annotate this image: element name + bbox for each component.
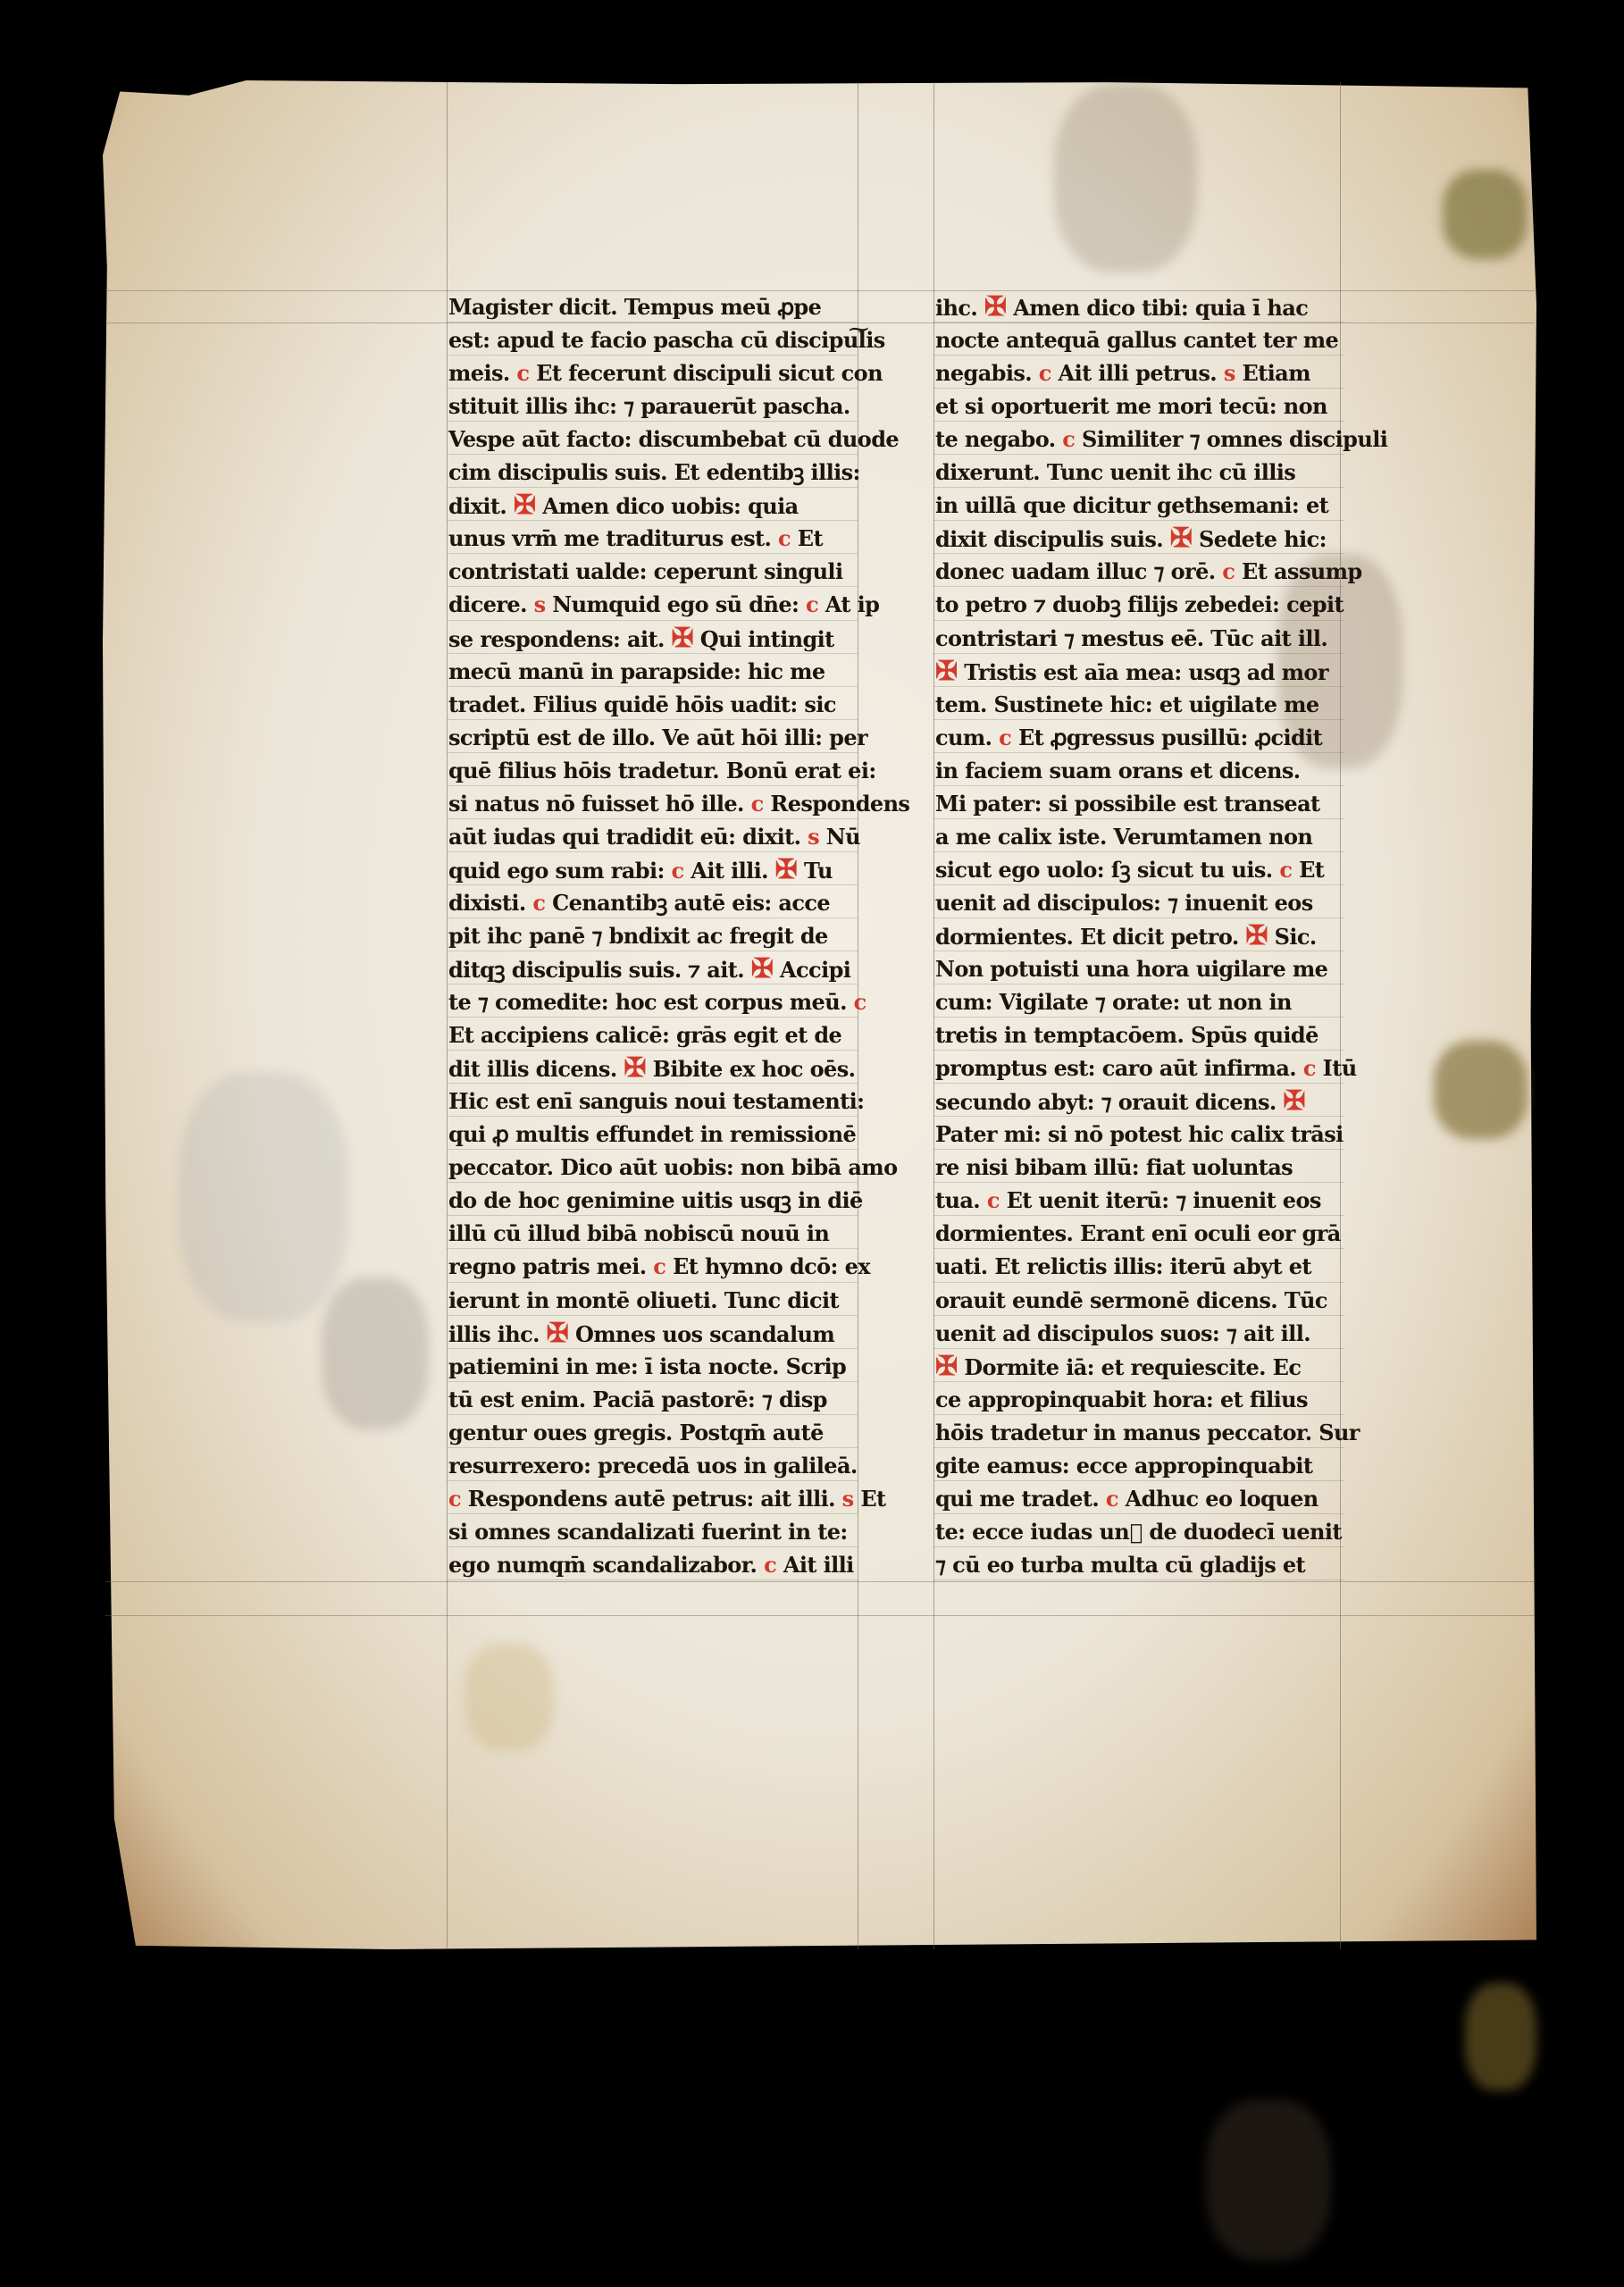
text-run: in faciem suam orans et dicens. bbox=[935, 758, 1301, 783]
text-run: a me calix iste. Verumtamen non bbox=[935, 824, 1312, 850]
text-run: contristati ualde: ceperunt singuli bbox=[448, 558, 842, 584]
red-cross-icon: ✠ bbox=[514, 490, 536, 521]
text-run: dixit discipulis suis. bbox=[935, 526, 1170, 552]
ruling-horizontal bbox=[105, 1615, 1535, 1616]
text-run: Et uenit iterū: ⁊ inuenit eos bbox=[1000, 1187, 1321, 1213]
text-run: nocte antequā gallus cantet ter me bbox=[935, 327, 1338, 353]
ruling-vertical bbox=[933, 82, 934, 1949]
text-line: contristati ualde: ceperunt singuli bbox=[448, 555, 842, 588]
rubric-c-marker: c bbox=[751, 791, 764, 817]
text-line: ditqꝫ discipulis suis. ⁊ ait. ✠ Accipi bbox=[448, 952, 850, 985]
rubric-c-marker: c bbox=[987, 1187, 1000, 1213]
text-run: Vespe aūt facto: discumbebat cū duode bbox=[448, 426, 899, 452]
text-line: Non potuisti una hora uigilare me bbox=[935, 952, 1327, 985]
text-line: cim discipulis suis. Et edentibꝫ illis: bbox=[448, 456, 860, 489]
text-run: dixerunt. Tunc uenit ihc cū illis bbox=[935, 459, 1295, 485]
text-run: scriptū est de illo. Ve aūt hōi illi: pe… bbox=[448, 725, 867, 750]
text-run: Et hymno dcō: ex bbox=[666, 1253, 870, 1279]
text-run: ditqꝫ discipulis suis. ⁊ ait. bbox=[448, 957, 751, 983]
text-run: Hic est enī sanguis noui testamenti: bbox=[448, 1088, 864, 1114]
text-line: et si oportuerit me mori tecū: non bbox=[935, 390, 1327, 423]
text-line: promptus est: caro aūt infirma. c Itū bbox=[935, 1051, 1357, 1085]
green-stain bbox=[1465, 1983, 1536, 2090]
text-line: re nisi bibam illū: fiat uoluntas bbox=[935, 1151, 1293, 1184]
text-run: quid ego sum rabi: bbox=[448, 858, 672, 884]
text-run: Respondens bbox=[764, 791, 910, 817]
rubric-c-marker: c bbox=[672, 858, 684, 884]
text-run: contristari ⁊ mestus eē. Tūc ait ill. bbox=[935, 625, 1327, 651]
text-run: Et assump bbox=[1235, 558, 1361, 584]
rubric-c-marker: c bbox=[1106, 1486, 1118, 1512]
text-run: resurrexero: precedā uos in galileā. bbox=[448, 1453, 858, 1479]
rubric-s-marker: s bbox=[1224, 360, 1235, 386]
text-line: do de hoc genimine uitis usqꝫ in diē bbox=[448, 1184, 863, 1217]
text-run: Sedete hic: bbox=[1192, 526, 1327, 552]
text-line: est: apud te facio pascha cū discipu͠lis bbox=[448, 323, 885, 356]
text-run: Amen dico tibi: quia ī hac bbox=[1006, 295, 1308, 321]
text-line: dormientes. Et dicit petro. ✠ Sic. bbox=[935, 919, 1317, 952]
text-line: sicut ego uolo: ſꝫ sicut tu uis. c Et bbox=[935, 853, 1324, 886]
text-column-right: ihc. ✠ Amen dico tibi: quia ī hacnocte a… bbox=[935, 290, 1355, 1613]
rubric-c-marker: c bbox=[999, 725, 1011, 750]
text-run: Et bbox=[854, 1486, 886, 1512]
text-run: Et bbox=[791, 525, 823, 551]
text-line: te ⁊ comedite: hoc est corpus meū. c bbox=[448, 985, 866, 1018]
text-run: Magister dicit. Tempus meū ꝓpe bbox=[448, 294, 821, 320]
text-line: quid ego sum rabi: c Ait illi. ✠ Tu bbox=[448, 853, 833, 886]
text-line: tretis in temptacōem. Spūs quidē bbox=[935, 1018, 1318, 1051]
text-line: gite eamus: ecce appropinquabit bbox=[935, 1449, 1312, 1482]
red-cross-icon: ✠ bbox=[775, 854, 798, 885]
text-line: hōis tradetur in manus peccator. Sur bbox=[935, 1416, 1360, 1449]
text-line: tem. Sustinete hic: et uigilate me bbox=[935, 688, 1319, 721]
text-run: si omnes scandalizati fuerint in te: bbox=[448, 1519, 848, 1545]
text-run: Respondens autē petrus: ait illi. bbox=[461, 1486, 842, 1512]
text-run: Et ꝓgressus pusillū: ꝓcidit bbox=[1011, 725, 1322, 750]
text-run: Nū bbox=[819, 824, 860, 850]
text-run: Et fecerunt discipuli sicut con bbox=[529, 360, 883, 386]
text-line: pit ihc panē ⁊ bndixit ac fregit de bbox=[448, 919, 828, 952]
rubric-c-marker: c bbox=[1062, 426, 1075, 452]
text-run: stituit illis ihc: ⁊ parauerūt pascha. bbox=[448, 393, 850, 419]
text-run: ierunt in montē oliueti. Tunc dicit bbox=[448, 1287, 839, 1313]
text-run: Qui intingit bbox=[693, 626, 834, 652]
text-run: tem. Sustinete hic: et uigilate me bbox=[935, 691, 1319, 717]
text-run: promptus est: caro aūt infirma. bbox=[935, 1055, 1303, 1081]
text-line: a me calix iste. Verumtamen non bbox=[935, 820, 1312, 853]
text-run: Pater mi: si nō potest hic calix trāsi bbox=[935, 1121, 1344, 1147]
text-run: dicere. bbox=[448, 591, 534, 617]
dirt-smudge bbox=[1206, 2099, 1331, 2260]
text-run: meis. bbox=[448, 360, 516, 386]
text-run: Tristis est aīa mea: usqꝫ ad mor bbox=[958, 659, 1328, 685]
text-run: secundo abyt: ⁊ orauit dicens. bbox=[935, 1089, 1283, 1115]
text-line: ⁊ cū eo turba multa cū gladijs et bbox=[935, 1548, 1305, 1581]
text-line: ierunt in montē oliueti. Tunc dicit bbox=[448, 1284, 839, 1317]
text-run: At ip bbox=[818, 591, 879, 617]
red-cross-icon: ✠ bbox=[1245, 920, 1268, 951]
text-line: orauit eundē sermonē dicens. Tūc bbox=[935, 1284, 1327, 1317]
red-cross-icon: ✠ bbox=[935, 656, 958, 687]
text-run: qui ꝓ multis effundet in remissionē bbox=[448, 1121, 856, 1147]
text-line: dixit discipulis suis. ✠ Sedete hic: bbox=[935, 522, 1327, 555]
text-line: te: ecce iudas un᷒ de duodecī uenit bbox=[935, 1515, 1342, 1548]
text-line: peccator. Dico aūt uobis: non bibā amo bbox=[448, 1151, 898, 1184]
text-run: tradet. Filius quidē hōis uadit: sic bbox=[448, 691, 836, 717]
rubric-c-marker: c bbox=[854, 989, 866, 1015]
text-run: gite eamus: ecce appropinquabit bbox=[935, 1453, 1312, 1479]
text-line: contristari ⁊ mestus eē. Tūc ait ill. bbox=[935, 622, 1327, 655]
text-line: ihc. ✠ Amen dico tibi: quia ī hac bbox=[935, 290, 1308, 323]
red-cross-icon: ✠ bbox=[1170, 523, 1193, 554]
text-line: cum. c Et ꝓgressus pusillū: ꝓcidit bbox=[935, 721, 1322, 754]
text-column-left: Magister dicit. Tempus meū ꝓpeest: apud … bbox=[448, 290, 868, 1613]
text-run: tretis in temptacōem. Spūs quidē bbox=[935, 1022, 1318, 1048]
text-run: quē filius hōis tradetur. Bonū erat ei: bbox=[448, 758, 876, 783]
text-line: secundo abyt: ⁊ orauit dicens. ✠ bbox=[935, 1085, 1305, 1118]
text-line: negabis. c Ait illi petrus. s Etiam bbox=[935, 356, 1310, 390]
text-line: uati. Et relictis illis: iterū abyt et bbox=[935, 1250, 1311, 1283]
text-run: uenit ad discipulos: ⁊ inuenit eos bbox=[935, 890, 1313, 916]
rubric-c-marker: c bbox=[806, 591, 818, 617]
text-run: aūt iudas qui tradidit eū: dixit. bbox=[448, 824, 808, 850]
rubric-c-marker: c bbox=[1279, 857, 1292, 883]
text-run: ego numqm̄ scandalizabor. bbox=[448, 1552, 764, 1578]
text-line: tū est enim. Paciā pastorē: ⁊ disp bbox=[448, 1383, 827, 1416]
rubric-s-marker: s bbox=[842, 1486, 854, 1512]
text-line: cum: Vigilate ⁊ orate: ut non in bbox=[935, 985, 1292, 1018]
text-run: qui me tradet. bbox=[935, 1486, 1106, 1512]
text-run: se respondens: ait. bbox=[448, 626, 672, 652]
text-run: re nisi bibam illū: fiat uoluntas bbox=[935, 1154, 1293, 1180]
text-run: Itū bbox=[1316, 1055, 1357, 1081]
ruling-vertical bbox=[447, 82, 448, 1949]
text-run: cum: Vigilate ⁊ orate: ut non in bbox=[935, 989, 1292, 1015]
text-run: Et accipiens calicē: grās egit et de bbox=[448, 1022, 841, 1048]
rubric-s-marker: s bbox=[808, 824, 819, 850]
text-line: mecū manū in parapside: hic me bbox=[448, 655, 825, 688]
text-run: si natus nō fuisset hō ille. bbox=[448, 791, 751, 817]
text-line: qui ꝓ multis effundet in remissionē bbox=[448, 1118, 856, 1151]
text-run: Cenantibꝫ autē eis: acce bbox=[545, 890, 830, 916]
red-cross-icon: ✠ bbox=[935, 1351, 958, 1382]
text-run: dit illis dicens. bbox=[448, 1056, 624, 1082]
text-line: Mi pater: si possibile est transeat bbox=[935, 787, 1320, 820]
text-line: dixerunt. Tunc uenit ihc cū illis bbox=[935, 456, 1295, 489]
text-run: in uillā que dicitur gethsemani: et bbox=[935, 492, 1328, 518]
text-line: dit illis dicens. ✠ Bibite ex hoc oēs. bbox=[448, 1051, 855, 1085]
rubric-c-marker: c bbox=[516, 360, 529, 386]
text-run: Tu bbox=[797, 858, 833, 884]
text-run: Ait illi. bbox=[684, 858, 775, 884]
text-run: Accipi bbox=[773, 957, 850, 983]
text-line: dicere. s Numquid ego sū dn̄e: c At ip bbox=[448, 588, 879, 621]
text-run: Numquid ego sū dn̄e: bbox=[546, 591, 806, 617]
text-run: ce appropinquabit hora: et filius bbox=[935, 1386, 1308, 1412]
red-cross-icon: ✠ bbox=[624, 1052, 646, 1084]
green-stain bbox=[1443, 170, 1528, 259]
dirt-smudge bbox=[322, 1278, 429, 1429]
text-run: Mi pater: si possibile est transeat bbox=[935, 791, 1320, 817]
dirt-smudge bbox=[1054, 85, 1197, 272]
red-cross-icon: ✠ bbox=[1283, 1085, 1305, 1117]
text-line: tua. c Et uenit iterū: ⁊ inuenit eos bbox=[935, 1184, 1321, 1217]
text-run: tua. bbox=[935, 1187, 987, 1213]
text-line: dixit. ✠ Amen dico uobis: quia bbox=[448, 489, 799, 522]
text-run: uati. Et relictis illis: iterū abyt et bbox=[935, 1253, 1311, 1279]
text-run: dormientes. Erant enī oculi eor grā bbox=[935, 1220, 1341, 1246]
text-run: dixit. bbox=[448, 493, 514, 519]
text-run: ⁊ cū eo turba multa cū gladijs et bbox=[935, 1552, 1305, 1578]
text-line: stituit illis ihc: ⁊ parauerūt pascha. bbox=[448, 390, 850, 423]
text-run: est: apud te facio pascha cū discipu͠lis bbox=[448, 327, 885, 353]
rubric-c-marker: c bbox=[1039, 360, 1051, 386]
text-run: patiemini in me: ī ista nocte. Scrip bbox=[448, 1353, 846, 1379]
text-run: te ⁊ comedite: hoc est corpus meū. bbox=[448, 989, 854, 1015]
text-run: illis ihc. bbox=[448, 1321, 547, 1347]
red-cross-icon: ✠ bbox=[547, 1318, 569, 1349]
text-line: patiemini in me: ī ista nocte. Scrip bbox=[448, 1350, 846, 1383]
text-line: si omnes scandalizati fuerint in te: bbox=[448, 1515, 848, 1548]
text-line: ✠ Dormite iā: et requiescite. Ec bbox=[935, 1350, 1301, 1383]
text-run: cim discipulis suis. Et edentibꝫ illis: bbox=[448, 459, 860, 485]
text-run: unus vrm̄ me traditurus est. bbox=[448, 525, 778, 551]
text-run: ihc. bbox=[935, 295, 984, 321]
text-run: Non potuisti una hora uigilare me bbox=[935, 956, 1327, 982]
text-run: peccator. Dico aūt uobis: non bibā amo bbox=[448, 1154, 898, 1180]
text-line: to petro ⁊ duobꝫ filijs zebedei: cepit bbox=[935, 588, 1344, 621]
red-cross-icon: ✠ bbox=[672, 623, 694, 654]
rubric-c-marker: c bbox=[1222, 558, 1235, 584]
text-run: Ait illi bbox=[776, 1552, 854, 1578]
dirt-smudge bbox=[465, 1644, 554, 1751]
text-line: regno patris mei. c Et hymno dcō: ex bbox=[448, 1250, 870, 1283]
text-run: Sic. bbox=[1268, 924, 1317, 950]
rubric-c-marker: c bbox=[653, 1253, 666, 1279]
text-run: pit ihc panē ⁊ bndixit ac fregit de bbox=[448, 923, 828, 949]
text-line: illū cū illud bibā nobiscū nouū in bbox=[448, 1217, 829, 1250]
text-line: Vespe aūt facto: discumbebat cū duode bbox=[448, 423, 899, 456]
text-run: do de hoc genimine uitis usqꝫ in diē bbox=[448, 1187, 863, 1213]
rubric-c-marker: c bbox=[778, 525, 791, 551]
text-line: ego numqm̄ scandalizabor. c Ait illi bbox=[448, 1548, 854, 1581]
text-line: nocte antequā gallus cantet ter me bbox=[935, 323, 1338, 356]
text-run: Bibite ex hoc oēs. bbox=[646, 1056, 855, 1082]
text-run: hōis tradetur in manus peccator. Sur bbox=[935, 1420, 1360, 1445]
text-run: negabis. bbox=[935, 360, 1039, 386]
red-cross-icon: ✠ bbox=[984, 291, 1007, 323]
text-line: Magister dicit. Tempus meū ꝓpe bbox=[448, 290, 821, 323]
text-run: tū est enim. Paciā pastorē: ⁊ disp bbox=[448, 1386, 827, 1412]
green-stain bbox=[1434, 1041, 1528, 1139]
text-run: uenit ad discipulos suos: ⁊ ait ill. bbox=[935, 1320, 1310, 1346]
text-line: donec uadam illuc ⁊ orē. c Et assump bbox=[935, 555, 1362, 588]
rubric-c-marker: c bbox=[448, 1486, 461, 1512]
text-line: c Respondens autē petrus: ait illi. s Et bbox=[448, 1482, 886, 1515]
rubric-s-marker: s bbox=[534, 591, 546, 617]
text-run: Similiter ⁊ omnes discipuli bbox=[1075, 426, 1387, 452]
text-line: qui me tradet. c Adhuc eo loquen bbox=[935, 1482, 1318, 1515]
text-run: dormientes. Et dicit petro. bbox=[935, 924, 1245, 950]
text-line: ce appropinquabit hora: et filius bbox=[935, 1383, 1308, 1416]
text-run: Et bbox=[1292, 857, 1324, 883]
text-run: Omnes uos scandalum bbox=[568, 1321, 834, 1347]
text-run: regno patris mei. bbox=[448, 1253, 653, 1279]
text-run: Ait illi petrus. bbox=[1051, 360, 1224, 386]
text-line: tradet. Filius quidē hōis uadit: sic bbox=[448, 688, 836, 721]
text-run: te: ecce iudas un᷒ de duodecī uenit bbox=[935, 1519, 1342, 1545]
red-cross-icon: ✠ bbox=[751, 953, 774, 984]
text-run: Etiam bbox=[1235, 360, 1310, 386]
text-line: meis. c Et fecerunt discipuli sicut con bbox=[448, 356, 883, 390]
text-line: scriptū est de illo. Ve aūt hōi illi: pe… bbox=[448, 721, 867, 754]
dirt-smudge bbox=[179, 1072, 348, 1322]
rubric-c-marker: c bbox=[1303, 1055, 1316, 1081]
text-line: illis ihc. ✠ Omnes uos scandalum bbox=[448, 1317, 834, 1350]
text-run: et si oportuerit me mori tecū: non bbox=[935, 393, 1327, 419]
text-line: unus vrm̄ me traditurus est. c Et bbox=[448, 522, 823, 555]
text-line: Et accipiens calicē: grās egit et de bbox=[448, 1018, 841, 1051]
text-line: Hic est enī sanguis noui testamenti: bbox=[448, 1085, 864, 1118]
text-line: Pater mi: si nō potest hic calix trāsi bbox=[935, 1118, 1344, 1151]
text-run: te negabo. bbox=[935, 426, 1062, 452]
text-run: Amen dico uobis: quia bbox=[535, 493, 798, 519]
text-line: se respondens: ait. ✠ Qui intingit bbox=[448, 622, 834, 655]
text-line: resurrexero: precedā uos in galileā. bbox=[448, 1449, 858, 1482]
text-line: quē filius hōis tradetur. Bonū erat ei: bbox=[448, 754, 876, 787]
text-line: uenit ad discipulos: ⁊ inuenit eos bbox=[935, 886, 1313, 919]
text-line: in faciem suam orans et dicens. bbox=[935, 754, 1301, 787]
text-run: sicut ego uolo: ſꝫ sicut tu uis. bbox=[935, 857, 1279, 883]
text-run: donec uadam illuc ⁊ orē. bbox=[935, 558, 1222, 584]
text-line: te negabo. c Similiter ⁊ omnes discipuli bbox=[935, 423, 1387, 456]
text-line: dixisti. c Cenantibꝫ autē eis: acce bbox=[448, 886, 830, 919]
text-line: in uillā que dicitur gethsemani: et bbox=[935, 489, 1328, 522]
text-run: to petro ⁊ duobꝫ filijs zebedei: cepit bbox=[935, 591, 1344, 617]
text-run: cum. bbox=[935, 725, 999, 750]
text-run: illū cū illud bibā nobiscū nouū in bbox=[448, 1220, 829, 1246]
text-line: si natus nō fuisset hō ille. c Responden… bbox=[448, 787, 909, 820]
text-line: aūt iudas qui tradidit eū: dixit. s Nū bbox=[448, 820, 860, 853]
text-run: Dormite iā: et requiescite. Ec bbox=[958, 1354, 1302, 1380]
text-line: ✠ Tristis est aīa mea: usqꝫ ad mor bbox=[935, 655, 1328, 688]
rubric-c-marker: c bbox=[532, 890, 545, 916]
text-line: dormientes. Erant enī oculi eor grā bbox=[935, 1217, 1341, 1250]
text-run: orauit eundē sermonē dicens. Tūc bbox=[935, 1287, 1327, 1313]
text-line: uenit ad discipulos suos: ⁊ ait ill. bbox=[935, 1317, 1310, 1350]
text-line: gentur oues gregis. Postqm̄ autē bbox=[448, 1416, 824, 1449]
text-run: dixisti. bbox=[448, 890, 532, 916]
rubric-c-marker: c bbox=[764, 1552, 776, 1578]
text-run: gentur oues gregis. Postqm̄ autē bbox=[448, 1420, 824, 1445]
text-run: Adhuc eo loquen bbox=[1118, 1486, 1318, 1512]
text-run: mecū manū in parapside: hic me bbox=[448, 658, 825, 684]
